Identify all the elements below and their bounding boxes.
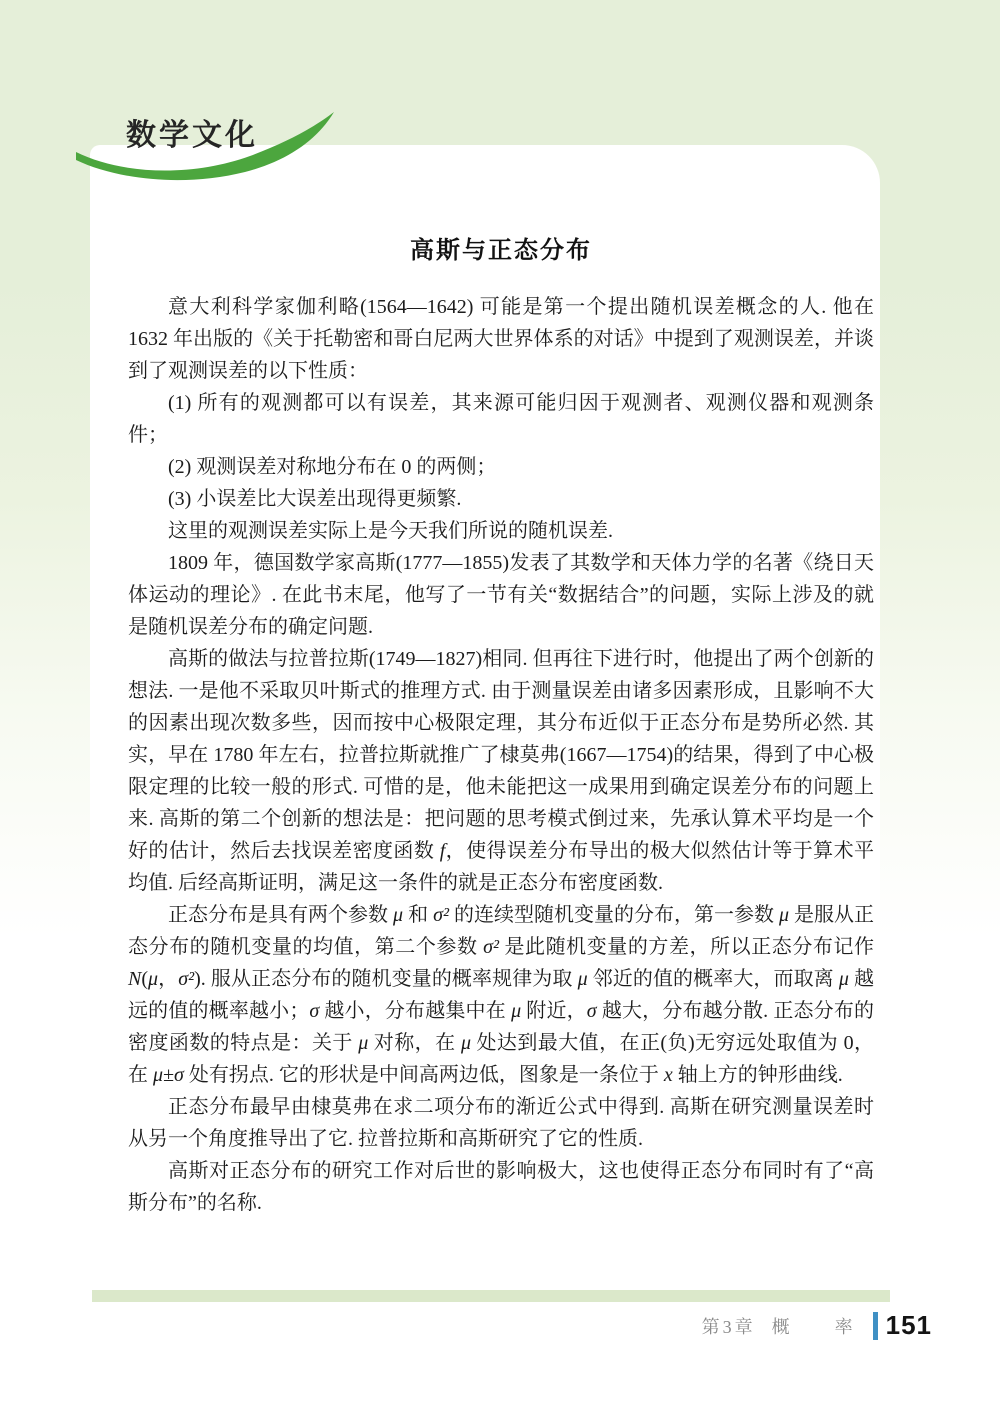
page-footer: 第3章 概 率 151 <box>702 1310 932 1341</box>
paragraph: 高斯对正态分布的研究工作对后世的影响极大，这也使得正态分布同时有了“高斯分布”的… <box>128 1155 874 1219</box>
list-item: (3) 小误差比大误差出现得更频繁. <box>128 483 874 515</box>
paragraph: 意大利科学家伽利略(1564—1642) 可能是第一个提出随机误差概念的人. 他… <box>128 291 874 387</box>
paragraph: 这里的观测误差实际上是今天我们所说的随机误差. <box>128 515 874 547</box>
footer-course-label: 概 率 <box>772 1313 871 1339</box>
article-title: 高斯与正态分布 <box>128 230 874 265</box>
page-number: 151 <box>886 1310 932 1341</box>
list-item: (1) 所有的观测都可以有误差，其来源可能归因于观测者、观测仪器和观测条件； <box>128 387 874 451</box>
paragraph: 高斯的做法与拉普拉斯(1749—1827)相同. 但再往下进行时，他提出了两个创… <box>128 643 874 899</box>
article: 高斯与正态分布 意大利科学家伽利略(1564—1642) 可能是第一个提出随机误… <box>128 230 874 1219</box>
list-item: (2) 观测误差对称地分布在 0 的两侧； <box>128 451 874 483</box>
page-number-divider <box>873 1312 878 1340</box>
section-label: 数学文化 <box>126 110 258 154</box>
paragraph: 1809 年，德国数学家高斯(1777—1855)发表了其数学和天体力学的名著《… <box>128 547 874 643</box>
bottom-accent-bar <box>92 1290 890 1302</box>
textbook-page: { "header": { "section_label": "数学文化" },… <box>0 0 1000 1422</box>
paragraph: 正态分布是具有两个参数 μ 和 σ² 的连续型随机变量的分布，第一参数 μ 是服… <box>128 899 874 1091</box>
footer-chapter-label: 第3章 <box>702 1313 756 1339</box>
paragraph: 正态分布最早由棣莫弗在求二项分布的渐近公式中得到. 高斯在研究测量误差时从另一个… <box>128 1091 874 1155</box>
